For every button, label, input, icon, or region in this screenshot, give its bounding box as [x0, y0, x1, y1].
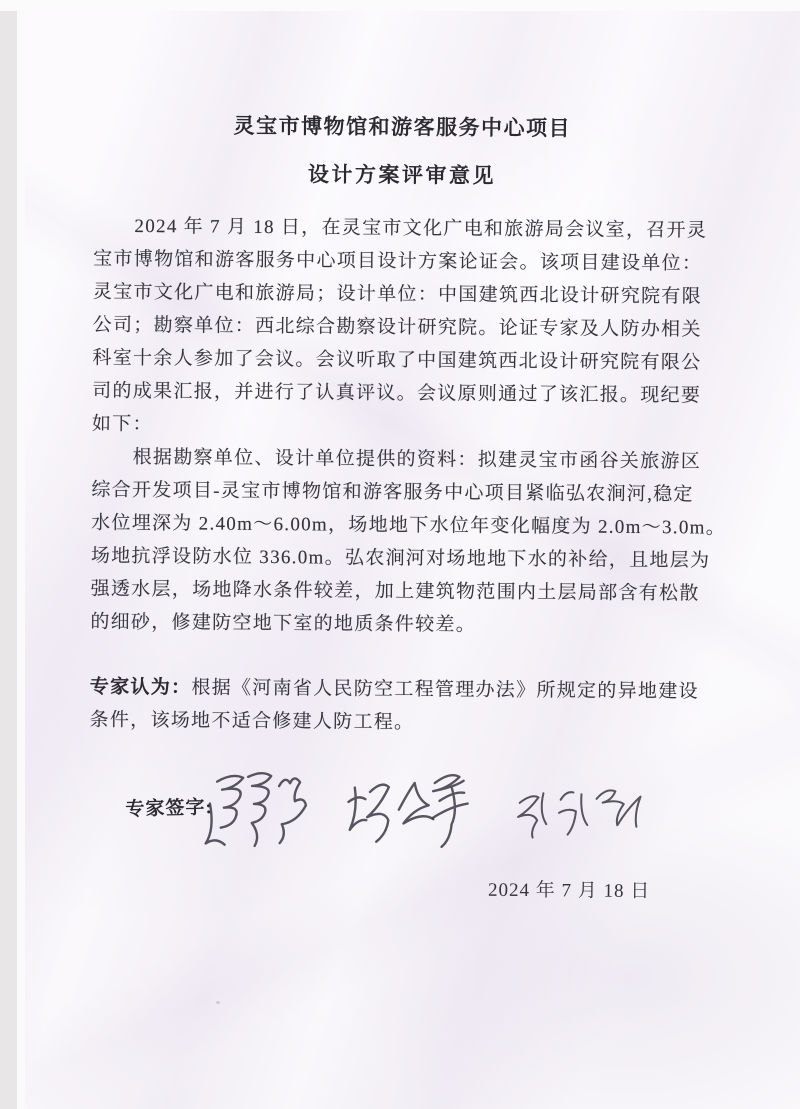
paragraph2-line: 综合开发项目-灵宝市博物馆和游客服务中心项目紧临弘农涧河,稳定 — [91, 474, 707, 512]
document-date: 2024 年 7 月 18 日 — [88, 873, 704, 908]
document-title: 灵宝市博物馆和游客服务中心项目 — [94, 110, 710, 145]
scanned-document-page: { "document": { "title_line1": "灵宝市博物馆和游… — [0, 0, 800, 1109]
paragraph1-line: 2024 年 7 月 18 日，在灵宝市文化广电和旅游局会议室，召开灵 — [93, 210, 709, 248]
paragraph1-line: 灵宝市文化广电和旅游局；设计单位：中国建筑西北设计研究院有限 — [93, 276, 709, 314]
handwritten-signature-3 — [502, 773, 646, 849]
document-title-block: 灵宝市博物馆和游客服务中心项目 设计方案评审意见 — [94, 110, 711, 193]
document-content: 灵宝市博物馆和游客服务中心项目 设计方案评审意见 2024 年 7 月 18 日… — [88, 0, 711, 907]
paragraph2-line: 强透水层，场地降水条件较差，加上建筑物范围内土层局部含有松散 — [90, 573, 706, 611]
expert-opinion-line: 专家认为：根据《河南省人民防空工程管理办法》所规定的异地建设 — [90, 671, 706, 709]
expert-opinion-line: 条件，该场地不适合修建人防工程。 — [89, 704, 705, 742]
expert-opinion-block: 专家认为：根据《河南省人民防空工程管理办法》所规定的异地建设 条件，该场地不适合… — [89, 671, 705, 742]
scan-speck — [216, 1001, 220, 1004]
paragraph1-line: 司的成果汇报，并进行了认真评议。会议原则通过了该汇报。现纪要 — [92, 375, 708, 413]
paragraph2-line: 水位埋深为 2.40m～6.00m，场地地下水位年变化幅度为 2.0m～3.0m… — [91, 507, 707, 545]
expert-signature-row: 专家签字: — [89, 765, 706, 862]
paragraph2-line: 场地抗浮设防水位 336.0m。弘农涧河对场地地下水的补给，且地层为 — [91, 540, 707, 578]
expert-opinion-label: 专家认为： — [90, 677, 192, 699]
paragraph1-line: 公司；勘察单位：西北综合勘察设计研究院。论证专家及人防办相关 — [93, 309, 709, 347]
document-subtitle: 设计方案评审意见 — [94, 158, 710, 193]
handwritten-signature-1 — [193, 765, 312, 854]
paper-left-edge-highlight — [17, 11, 25, 1109]
paragraph2-line: 根据勘察单位、设计单位提供的资料：拟建灵宝市函谷关旅游区 — [92, 441, 708, 479]
paragraph2-line: 的细砂，修建防空地下室的地质条件较差。 — [90, 606, 706, 644]
document-body: 2024 年 7 月 18 日，在灵宝市文化广电和旅游局会议室，召开灵 宝市博物… — [90, 210, 709, 644]
paragraph1-line: 如下： — [92, 408, 708, 446]
handwritten-signature-2 — [333, 760, 489, 861]
paragraph1-line: 宝市博物馆和游客服务中心项目设计方案论证会。该项目建设单位： — [93, 243, 709, 281]
expert-opinion-text: 根据《河南省人民防空工程管理办法》所规定的异地建设 — [191, 677, 699, 702]
paragraph1-line: 科室十余人参加了会议。会议听取了中国建筑西北设计研究院有限公 — [92, 342, 708, 380]
